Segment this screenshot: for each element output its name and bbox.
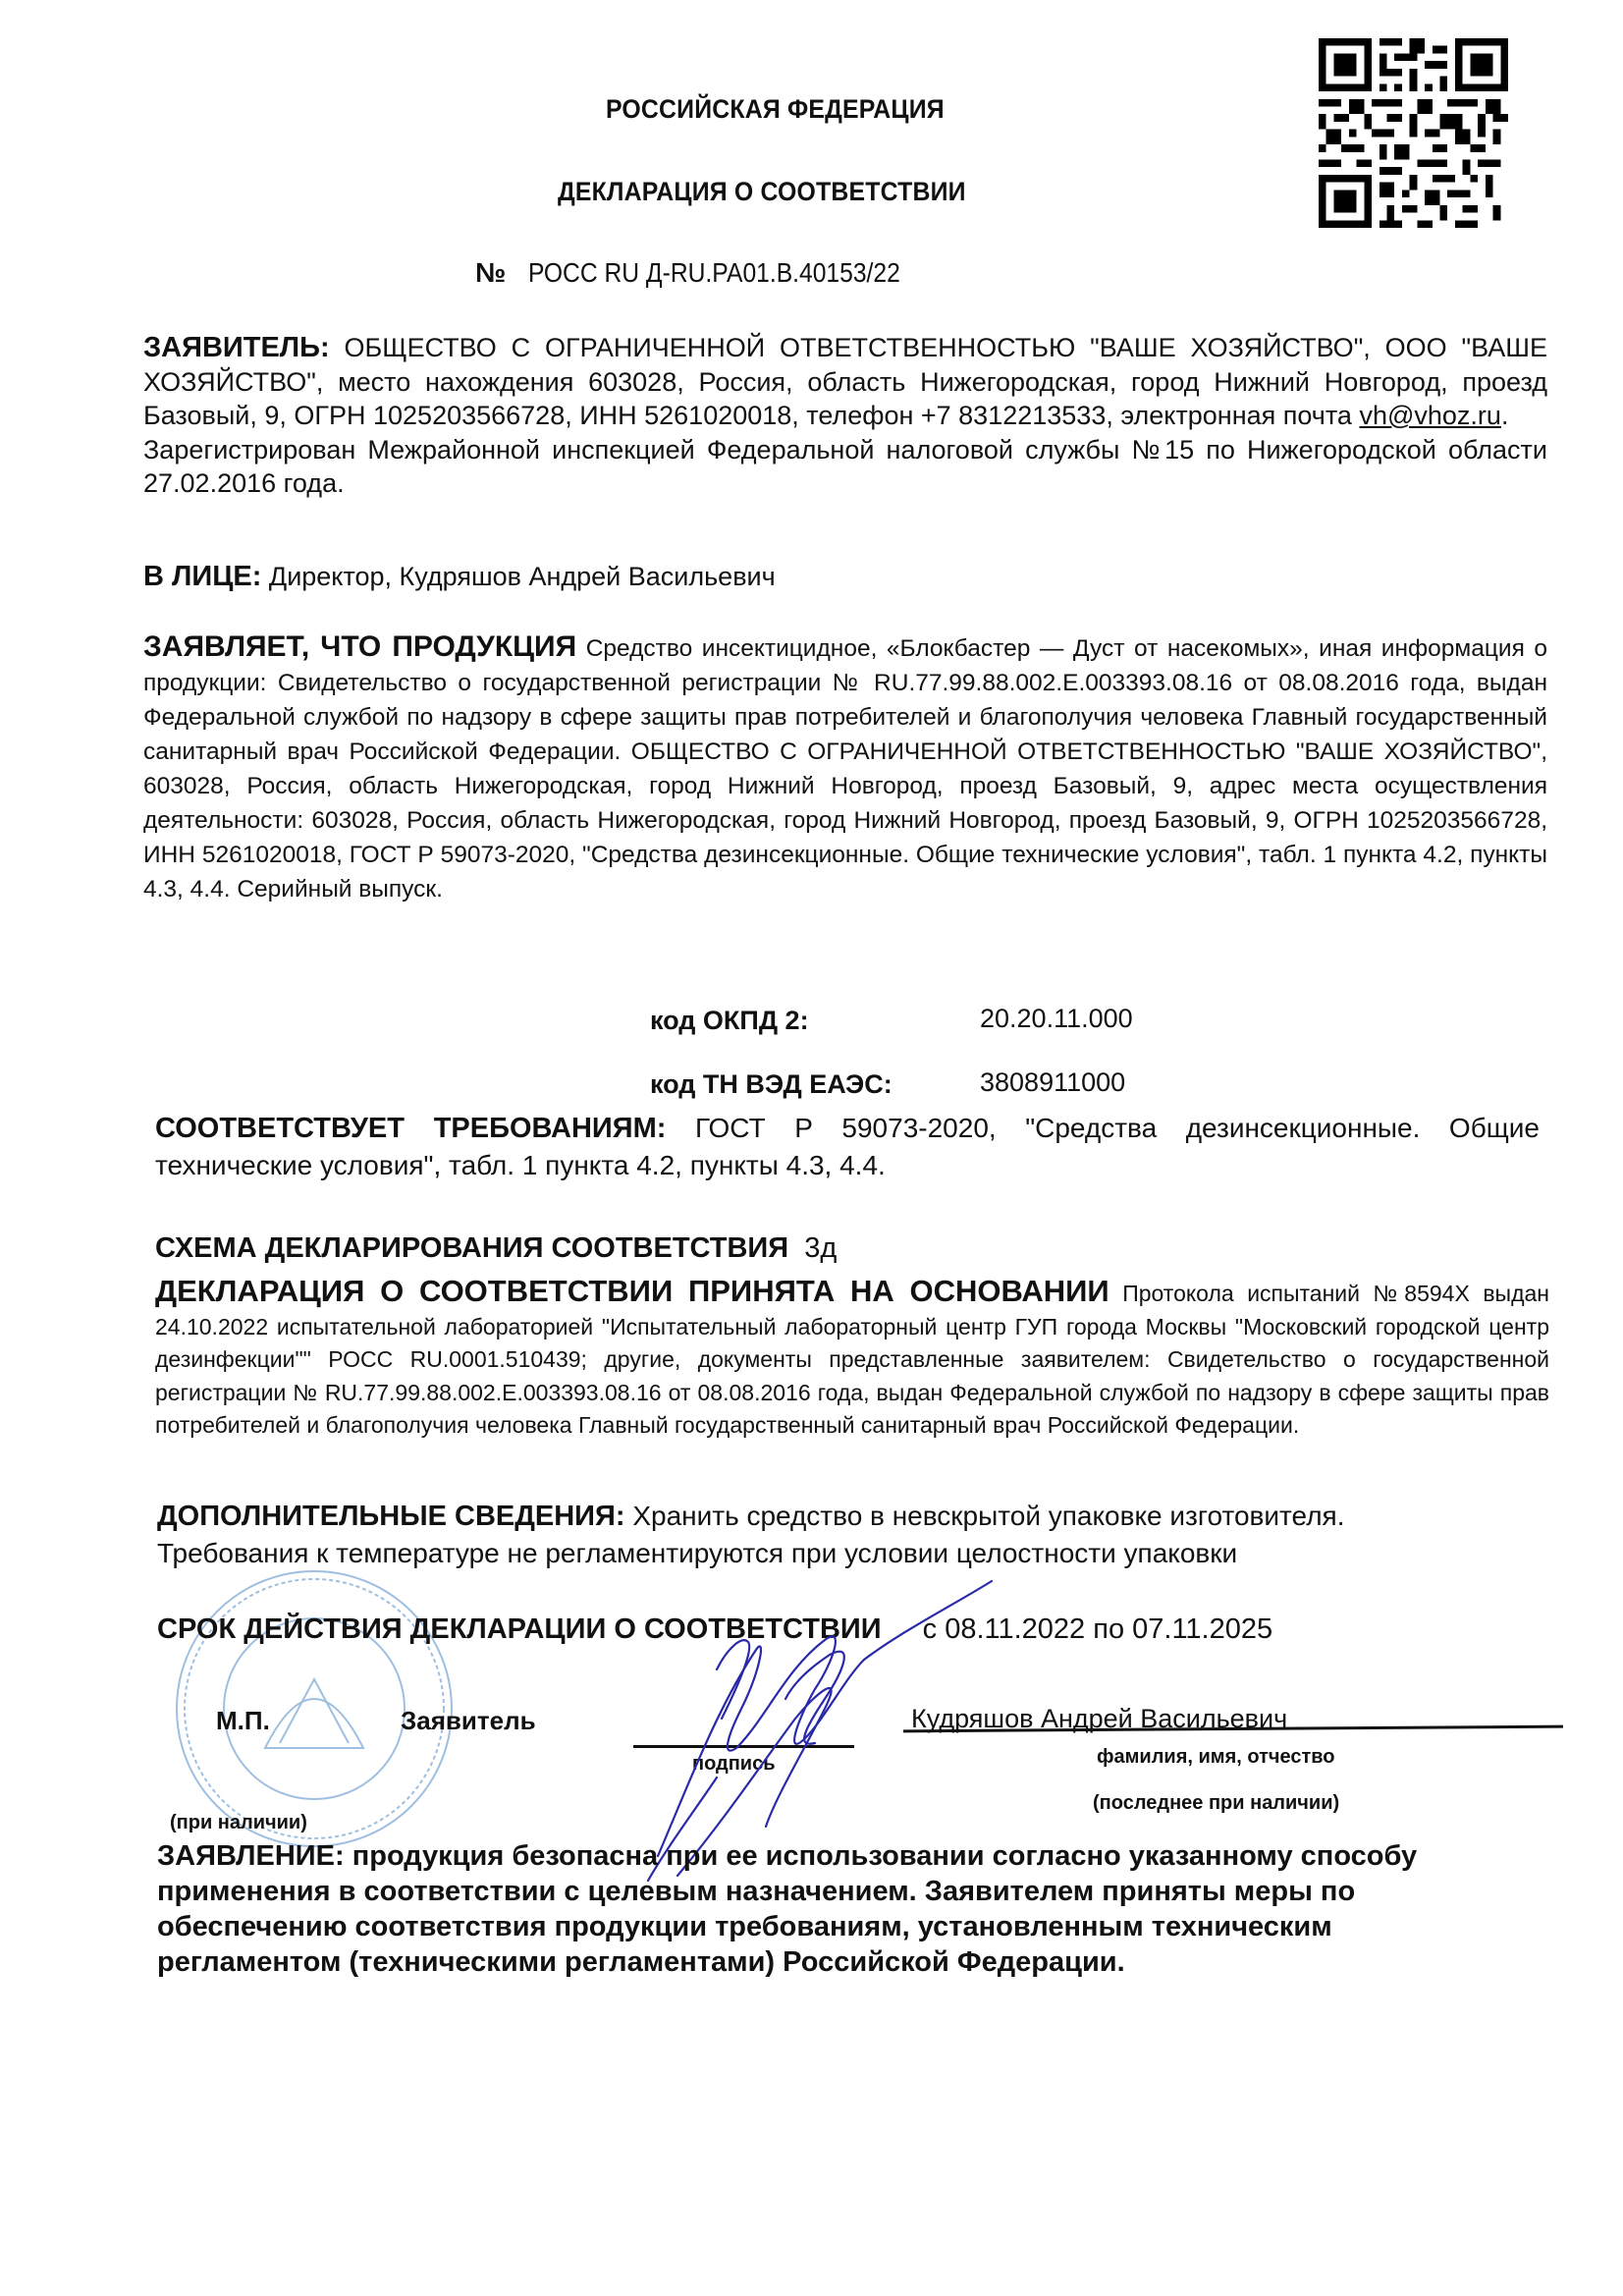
applicant-registration: Зарегистрирован Межрайонной инспекцией Ф… — [143, 435, 1547, 499]
statement-section: ЗАЯВЛЕНИЕ: продукция безопасна при ее ис… — [157, 1838, 1512, 1980]
applicant-signature-label: Заявитель — [401, 1706, 536, 1736]
tnved-label: код ТН ВЭД ЕАЭС: — [650, 1069, 893, 1100]
email-period: . — [1501, 401, 1509, 430]
represented-by-label: В ЛИЦЕ: — [143, 561, 261, 592]
basis-section: ДЕКЛАРАЦИЯ О СООТВЕТСТВИИ ПРИНЯТА НА ОСН… — [155, 1275, 1549, 1443]
stamp-note: (при наличии) — [170, 1812, 307, 1834]
represented-by-value: Директор, Кудряшов Андрей Васильевич — [269, 562, 776, 591]
applicant-section: ЗАЯВИТЕЛЬ: ОБЩЕСТВО С ОГРАНИЧЕННОЙ ОТВЕТ… — [143, 331, 1547, 501]
product-label: ЗАЯВЛЯЕТ, ЧТО ПРОДУКЦИЯ — [143, 630, 576, 663]
applicant-email-link[interactable]: vh@vhoz.ru — [1359, 401, 1500, 430]
scheme-value: 3д — [804, 1232, 837, 1264]
product-text: Средство инсектицидное, «Блокбастер — Ду… — [143, 635, 1547, 902]
qr-code-icon — [1319, 37, 1508, 229]
applicant-text: ОБЩЕСТВО С ОГРАНИЧЕННОЙ ОТВЕТСТВЕННОСТЬЮ… — [143, 333, 1547, 430]
name-caption-note: (последнее при наличии) — [1093, 1792, 1339, 1815]
declaration-number-row: №РОСС RU Д-RU.РА01.В.40153/22 — [475, 257, 950, 289]
additional-section: ДОПОЛНИТЕЛЬНЫЕ СВЕДЕНИЯ: Хранить средств… — [157, 1498, 1453, 1571]
name-caption: фамилия, имя, отчество — [1097, 1746, 1335, 1769]
scheme-row: СХЕМА ДЕКЛАРИРОВАНИЯ СООТВЕТСТВИЯ 3д — [155, 1232, 837, 1265]
statement-text: продукция безопасна при ее использовании… — [157, 1840, 1417, 1978]
scheme-label: СХЕМА ДЕКЛАРИРОВАНИЯ СООТВЕТСТВИЯ — [155, 1232, 788, 1264]
number-sign: № — [475, 257, 528, 289]
document-title: ДЕКЛАРАЦИЯ О СООТВЕТСТВИИ — [558, 177, 966, 207]
applicant-label: ЗАЯВИТЕЛЬ: — [143, 332, 330, 363]
represented-by-section: В ЛИЦЕ: Директор, Кудряшов Андрей Василь… — [143, 560, 1547, 594]
declaration-number: РОСС RU Д-RU.РА01.В.40153/22 — [528, 257, 900, 289]
okpd-label: код ОКПД 2: — [650, 1006, 809, 1036]
requirements-label: СООТВЕТСТВУЕТ ТРЕБОВАНИЯМ: — [155, 1113, 666, 1144]
stamp-label: М.П. — [216, 1706, 270, 1736]
basis-label: ДЕКЛАРАЦИЯ О СООТВЕТСТВИИ ПРИНЯТА НА ОСН… — [155, 1274, 1109, 1308]
requirements-section: СООТВЕТСТВУЕТ ТРЕБОВАНИЯМ: ГОСТ Р 59073-… — [155, 1110, 1540, 1184]
okpd-value: 20.20.11.000 — [980, 1004, 1133, 1034]
country-title: РОССИЙСКАЯ ФЕДЕРАЦИЯ — [606, 94, 945, 125]
handwritten-signature — [530, 1561, 1041, 1886]
product-section: ЗАЯВЛЯЕТ, ЧТО ПРОДУКЦИЯ Средство инсекти… — [143, 629, 1547, 906]
additional-label: ДОПОЛНИТЕЛЬНЫЕ СВЕДЕНИЯ: — [157, 1501, 625, 1532]
statement-label: ЗАЯВЛЕНИЕ: — [157, 1840, 345, 1872]
tnved-value: 3808911000 — [980, 1067, 1125, 1098]
